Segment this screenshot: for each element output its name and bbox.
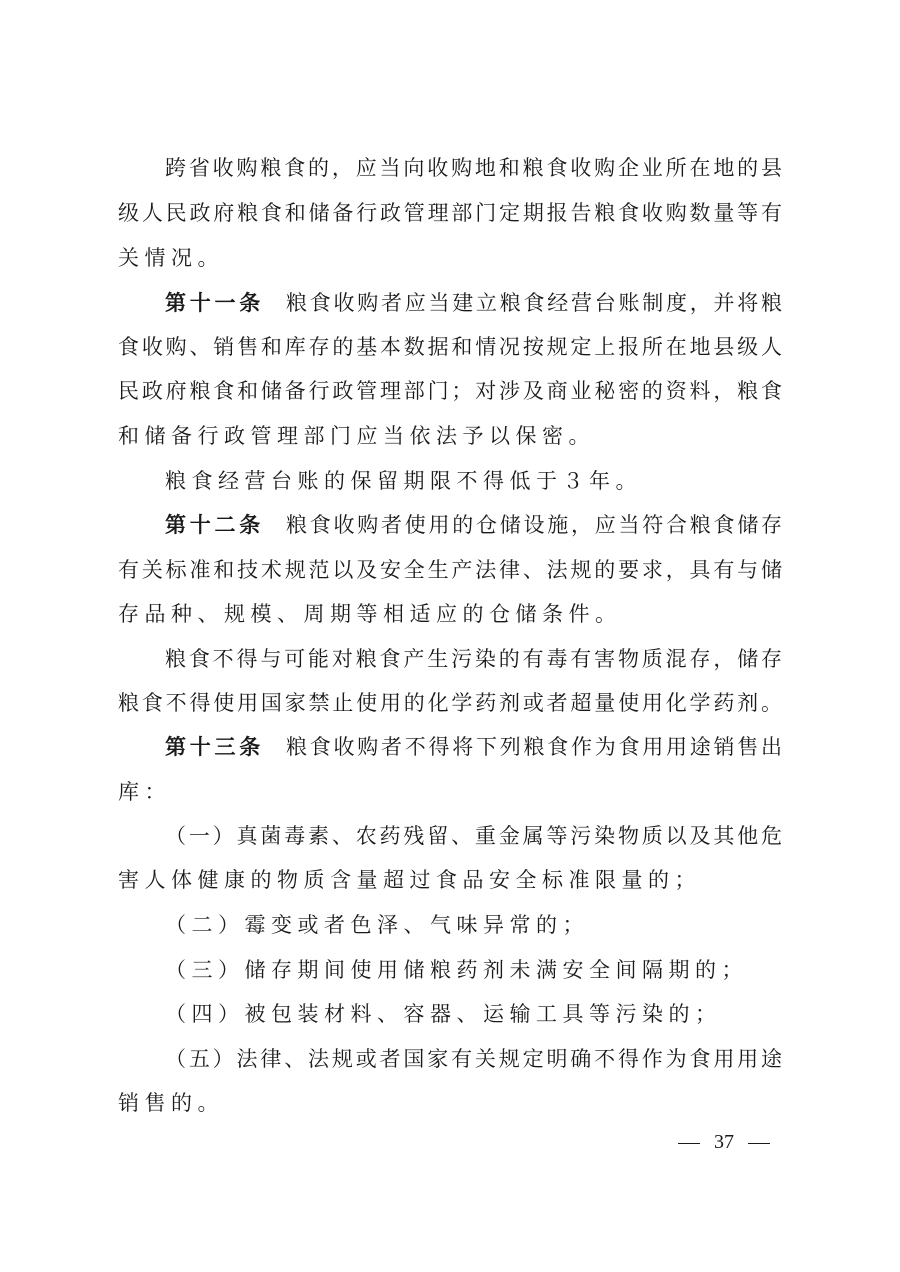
paragraph-line: （一）真菌毒素、农药残留、重金属等污染物质以及其他危 xyxy=(165,821,782,851)
article-heading-line: 第十三条粮食收购者不得将下列粮食作为食用用途销售出 xyxy=(165,732,782,762)
document-page: 跨省收购粮食的，应当向收购地和粮食收购企业所在地的县级人民政府粮食和储备行政管理… xyxy=(0,0,900,1272)
line-text: 粮食不得与可能对粮食产生污染的有毒有害物质混存，储存 xyxy=(165,647,782,671)
line-text: （二）霉变或者色泽、气味异常的； xyxy=(165,913,589,937)
paragraph-line: （四）被包装材料、容器、运输工具等污染的； xyxy=(165,999,782,1029)
line-text: 跨省收购粮食的，应当向收购地和粮食收购企业所在地的县 xyxy=(165,156,782,180)
paragraph-line: 关情况。 xyxy=(118,243,782,273)
line-text: 粮食经营台账的保留期限不得低于３年。 xyxy=(165,469,642,493)
article-heading-line: 第十二条粮食收购者使用的仓储设施，应当符合粮食储存 xyxy=(165,510,782,540)
paragraph-line: （三）储存期间使用储粮药剂未满安全间隔期的； xyxy=(165,955,782,985)
line-text: 存品种、规模、周期等相适应的仓储条件。 xyxy=(118,602,622,626)
paragraph-line: 害人体健康的物质含量超过食品安全标准限量的； xyxy=(118,865,782,895)
paragraph-line: 级人民政府粮食和储备行政管理部门定期报告粮食收购数量等有 xyxy=(118,198,782,228)
line-text: 关情况。 xyxy=(118,246,224,270)
page-number-value: 37 xyxy=(714,1131,734,1153)
paragraph-line: 和储备行政管理部门应当依法予以保密。 xyxy=(118,421,782,451)
paragraph-line: 有关标准和技术规范以及安全生产法律、法规的要求，具有与储 xyxy=(118,555,782,585)
paragraph-line: （五）法律、法规或者国家有关规定明确不得作为食用用途 xyxy=(165,1044,782,1074)
line-text: 粮食不得使用国家禁止使用的化学药剂或者超量使用化学药剂。 xyxy=(118,691,782,715)
line-text: 有关标准和技术规范以及安全生产法律、法规的要求，具有与储 xyxy=(118,558,782,582)
paragraph-line: 跨省收购粮食的，应当向收购地和粮食收购企业所在地的县 xyxy=(165,153,782,183)
line-text: 粮食收购者不得将下列粮食作为食用用途销售出 xyxy=(286,735,782,759)
paragraph-line: 食收购、销售和库存的基本数据和情况按规定上报所在地县级人 xyxy=(118,332,782,362)
line-text: 粮食收购者应当建立粮食经营台账制度，并将粮 xyxy=(286,291,782,315)
line-text: 民政府粮食和储备行政管理部门；对涉及商业秘密的资料，粮食 xyxy=(118,379,782,403)
line-text: 和储备行政管理部门应当依法予以保密。 xyxy=(118,424,595,448)
line-text: 库： xyxy=(118,780,171,804)
paragraph-line: 粮食不得使用国家禁止使用的化学药剂或者超量使用化学药剂。 xyxy=(118,688,782,718)
line-text: 食收购、销售和库存的基本数据和情况按规定上报所在地县级人 xyxy=(118,335,782,359)
line-text: （三）储存期间使用储粮药剂未满安全间隔期的； xyxy=(165,958,748,982)
paragraph-line: （二）霉变或者色泽、气味异常的； xyxy=(165,910,782,940)
line-text: （一）真菌毒素、农药残留、重金属等污染物质以及其他危 xyxy=(165,824,782,848)
paragraph-line: 销售的。 xyxy=(118,1088,782,1118)
article-heading-line: 第十一条粮食收购者应当建立粮食经营台账制度，并将粮 xyxy=(165,288,782,318)
article-number: 第十三条 xyxy=(165,735,264,759)
paragraph-line: 粮食经营台账的保留期限不得低于３年。 xyxy=(165,466,782,496)
line-text: 销售的。 xyxy=(118,1091,224,1115)
page-number: 37 xyxy=(664,1131,784,1154)
article-number: 第十二条 xyxy=(165,513,264,537)
dash-left xyxy=(678,1143,700,1144)
line-text: 级人民政府粮食和储备行政管理部门定期报告粮食收购数量等有 xyxy=(118,201,782,225)
line-text: 害人体健康的物质含量超过食品安全标准限量的； xyxy=(118,868,701,892)
line-text: 粮食收购者使用的仓储设施，应当符合粮食储存 xyxy=(286,513,782,537)
article-number: 第十一条 xyxy=(165,291,264,315)
dash-right xyxy=(748,1143,770,1144)
line-text: （五）法律、法规或者国家有关规定明确不得作为食用用途 xyxy=(165,1047,782,1071)
paragraph-line: 民政府粮食和储备行政管理部门；对涉及商业秘密的资料，粮食 xyxy=(118,376,782,406)
line-text: （四）被包装材料、容器、运输工具等污染的； xyxy=(165,1002,722,1026)
paragraph-line: 粮食不得与可能对粮食产生污染的有毒有害物质混存，储存 xyxy=(165,644,782,674)
paragraph-line: 存品种、规模、周期等相适应的仓储条件。 xyxy=(118,599,782,629)
paragraph-line: 库： xyxy=(118,777,782,807)
